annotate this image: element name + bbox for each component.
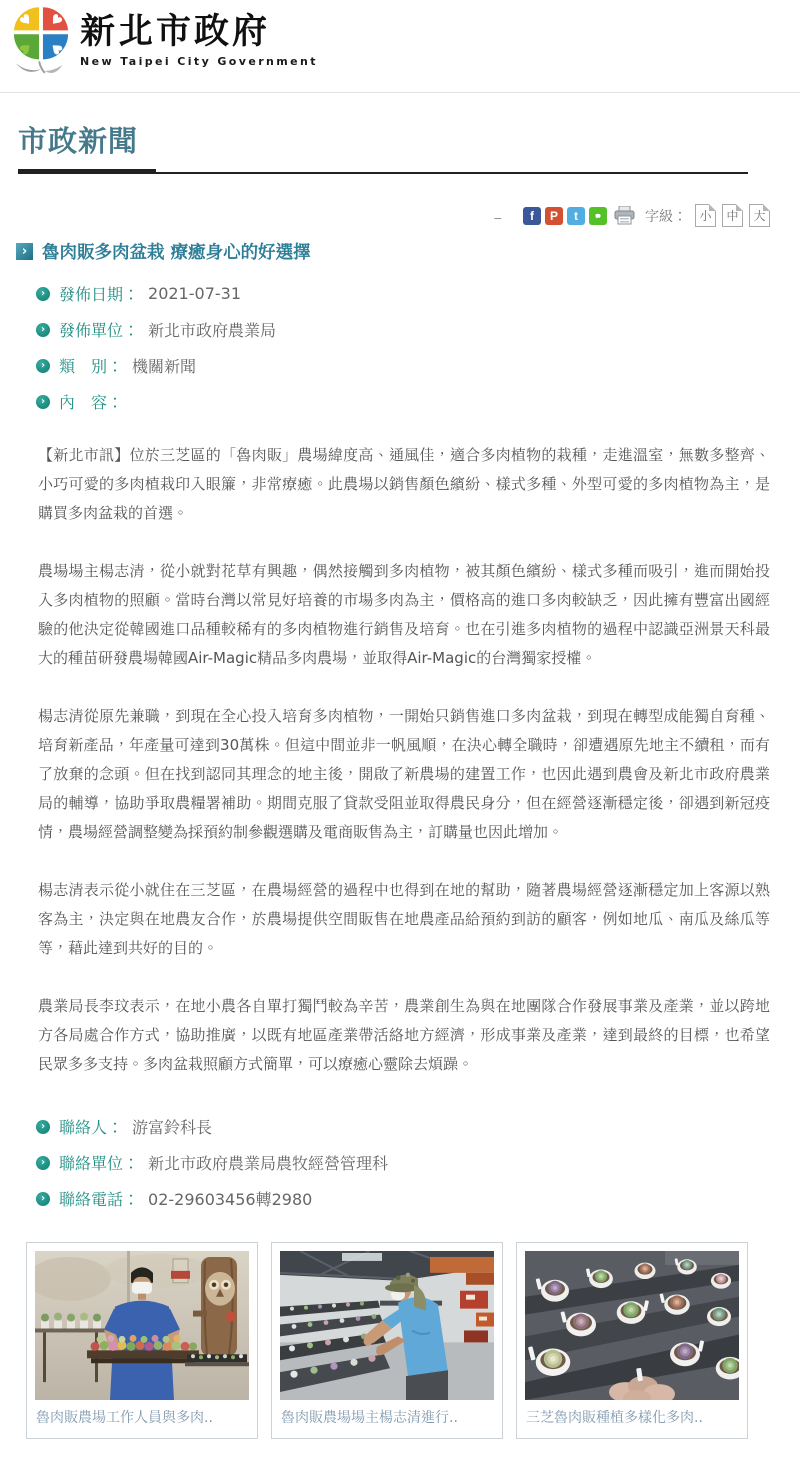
main-content: 市政新聞 _ f P t 字級： 小 中 大	[0, 119, 800, 1459]
bullet-icon: ›	[36, 1156, 50, 1170]
bullet-icon: ›	[36, 395, 50, 409]
font-size-label: 字級：	[645, 206, 687, 226]
paragraph: 楊志清表示從小就住在三芝區，在農場經營的過程中也得到在地的幫助，隨著農場經營逐漸…	[38, 876, 770, 963]
page-container: ♥ ♥ ♥ ♥ 新北市政府 New Taipei City Government…	[0, 0, 800, 1459]
plurk-share-icon[interactable]: P	[545, 207, 563, 225]
article-body: 【新北市訊】位於三芝區的「魯肉販」農場緯度高、通風佳，適合多肉植物的栽種，走進溫…	[38, 441, 770, 1079]
font-size-small-button[interactable]: 小	[695, 204, 716, 227]
paragraph: 農場場主楊志清，從小就對花草有興趣，偶然接觸到多肉植物，被其顏色繽紛、樣式多種而…	[38, 557, 770, 673]
photo-2-owner-arranging-pots	[280, 1251, 494, 1400]
collapse-dash: _	[495, 205, 502, 220]
photo-3-caption[interactable]: 三芝魯肉販種植多樣化多肉..	[525, 1400, 739, 1430]
meta-publish-unit: › 發佈單位： 新北市政府農業局	[36, 318, 770, 341]
meta-publish-date: › 發佈日期： 2021-07-31	[36, 282, 770, 305]
paragraph: 【新北市訊】位於三芝區的「魯肉販」農場緯度高、通風佳，適合多肉植物的栽種，走進溫…	[38, 441, 770, 528]
share-toolbar: _ f P t 字級： 小 中 大	[30, 204, 770, 227]
city-emblem-icon: ♥ ♥ ♥ ♥	[12, 5, 70, 85]
photo-2-caption[interactable]: 魯肉販農場場主楊志清進行..	[280, 1400, 494, 1430]
logo-subtitle: New Taipei City Government	[80, 55, 318, 68]
font-size-medium-button[interactable]: 中	[722, 204, 743, 227]
line-share-icon[interactable]	[589, 207, 607, 225]
photo-gallery: 魯肉販農場工作人員與多肉..	[26, 1242, 770, 1439]
bullet-icon: ›	[36, 323, 50, 337]
contact-unit: › 聯絡單位： 新北市政府農業局農牧經營管理科	[36, 1151, 770, 1174]
paragraph: 農業局長李玟表示，在地小農各自單打獨鬥較為辛苦，農業創生為與在地團隊合作發展事業…	[38, 992, 770, 1079]
contact-phone: › 聯絡電話： 02-29603456轉2980	[36, 1187, 770, 1210]
photo-card-3[interactable]: 三芝魯肉販種植多樣化多肉..	[516, 1242, 748, 1439]
photo-card-2[interactable]: 魯肉販農場場主楊志清進行..	[271, 1242, 503, 1439]
article-title-row: › 魯肉販多肉盆栽 療癒身心的好選擇	[16, 239, 770, 264]
facebook-share-icon[interactable]: f	[523, 207, 541, 225]
site-logo[interactable]: ♥ ♥ ♥ ♥ 新北市政府 New Taipei City Government	[12, 5, 318, 85]
paragraph: 楊志清從原先兼職，到現在全心投入培育多肉植物，一開始只銷售進口多肉盆栽，到現在轉…	[38, 702, 770, 847]
article-arrow-icon: ›	[16, 243, 33, 260]
title-rule	[18, 172, 748, 174]
contact-info: › 聯絡人： 游富鈴科長 › 聯絡單位： 新北市政府農業局農牧經營管理科 › 聯…	[30, 1115, 770, 1210]
photo-card-1[interactable]: 魯肉販農場工作人員與多肉..	[26, 1242, 258, 1439]
photo-1-worker-with-succulent-tray	[35, 1251, 249, 1400]
photo-1-caption[interactable]: 魯肉販農場工作人員與多肉..	[35, 1400, 249, 1430]
bullet-icon: ›	[36, 359, 50, 373]
bullet-icon: ›	[36, 1120, 50, 1134]
print-icon[interactable]	[614, 206, 635, 225]
article-title: 魯肉販多肉盆栽 療癒身心的好選擇	[42, 239, 311, 264]
meta-category: › 類 別： 機關新聞	[36, 354, 770, 377]
photo-3-succulent-pots-closeup	[525, 1251, 739, 1400]
logo-text: 新北市政府 New Taipei City Government	[80, 5, 318, 68]
bullet-icon: ›	[36, 1192, 50, 1206]
page-title: 市政新聞	[18, 119, 770, 160]
bullet-icon: ›	[36, 287, 50, 301]
contact-person: › 聯絡人： 游富鈴科長	[36, 1115, 770, 1138]
font-size-large-button[interactable]: 大	[749, 204, 770, 227]
twitter-share-icon[interactable]: t	[567, 207, 585, 225]
logo-title: 新北市政府	[80, 13, 318, 52]
meta-content-label: › 內 容：	[36, 390, 770, 413]
article-meta: › 發佈日期： 2021-07-31 › 發佈單位： 新北市政府農業局 › 類 …	[30, 282, 770, 413]
site-header: ♥ ♥ ♥ ♥ 新北市政府 New Taipei City Government	[0, 0, 800, 93]
